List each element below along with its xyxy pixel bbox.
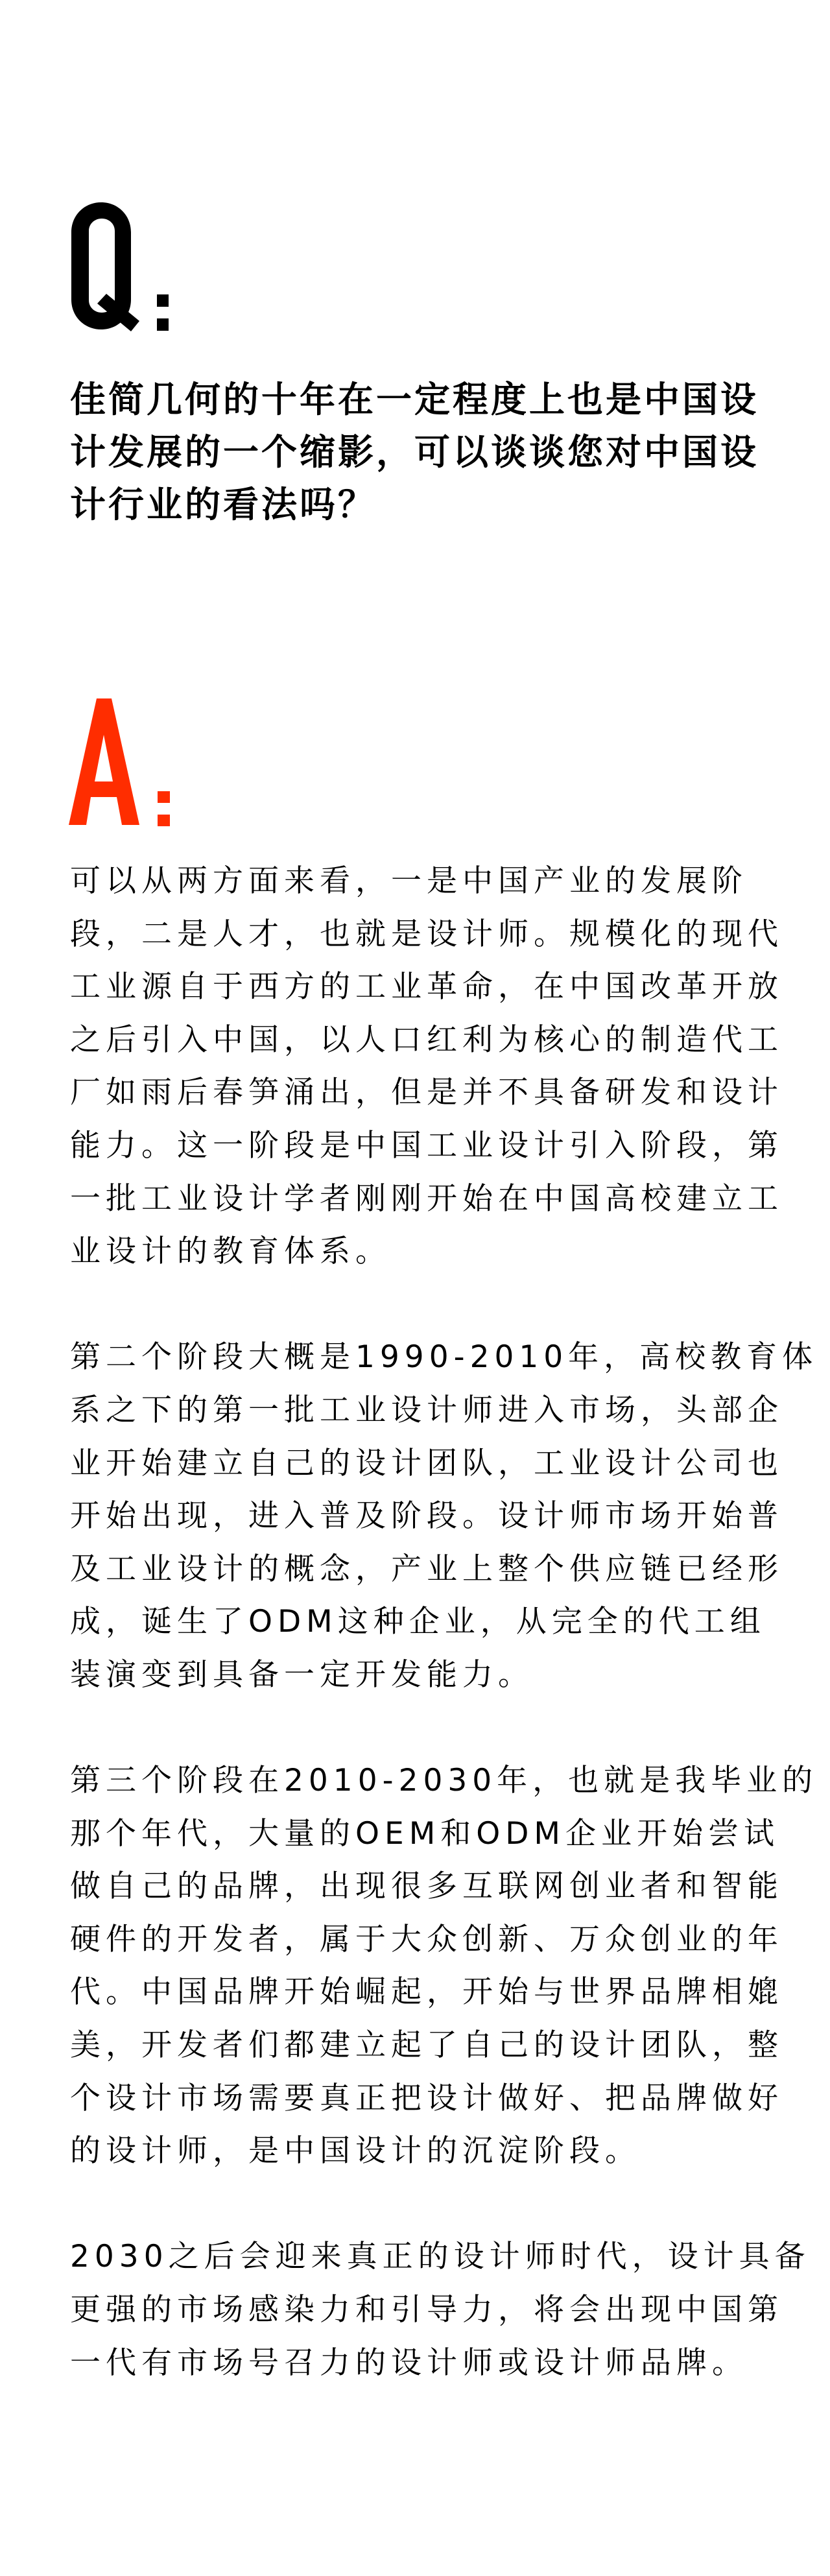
a-colon-bottom	[158, 815, 170, 826]
answer-text: 可以从两方面来看，一是中国产业的发展阶 段，二是人才，也就是设计师。规模化的现代…	[70, 855, 796, 2442]
a-colon-top	[158, 791, 170, 803]
answer-line: 段，二是人才，也就是设计师。规模化的现代	[70, 908, 796, 961]
answer-line: 一批工业设计学者刚刚开始在中国高校建立工	[70, 1173, 796, 1226]
answer-line: 工业源自于西方的工业革命，在中国改革开放	[70, 960, 796, 1014]
a-letter	[69, 698, 139, 825]
answer-line: 及工业设计的概念，产业上整个供应链已经形	[70, 1543, 796, 1596]
answer-line: 可以从两方面来看，一是中国产业的发展阶	[70, 855, 796, 908]
answer-paragraph-2: 第二个阶段大概是1990-2010年，高校教育体 系之下的第一批工业设计师进入市…	[70, 1331, 796, 1701]
answer-line: 代。中国品牌开始崛起，开始与世界品牌相媲	[70, 1966, 796, 2019]
answer-paragraph-3: 第三个阶段在2010-2030年，也就是我毕业的 那个年代，大量的OEM和ODM…	[70, 1754, 796, 2178]
answer-paragraph-1: 可以从两方面来看，一是中国产业的发展阶 段，二是人才，也就是设计师。规模化的现代…	[70, 855, 796, 1278]
answer-label-icon	[0, 0, 830, 843]
answer-line: 2030之后会迎来真正的设计师时代，设计具备	[70, 2230, 796, 2284]
answer-line: 装演变到具备一定开发能力。	[70, 1649, 796, 1702]
answer-line: 业开始建立自己的设计团队，工业设计公司也	[70, 1437, 796, 1490]
answer-line: 更强的市场感染力和引导力，将会出现中国第	[70, 2284, 796, 2337]
answer-line: 之后引入中国，以人口红利为核心的制造代工	[70, 1014, 796, 1067]
answer-line: 业设计的教育体系。	[70, 1225, 796, 1278]
answer-line: 第二个阶段大概是1990-2010年，高校教育体	[70, 1331, 796, 1384]
answer-line: 成，诞生了ODM这种企业，从完全的代工组	[70, 1595, 796, 1649]
answer-line: 做自己的品牌，出现很多互联网创业者和智能	[70, 1860, 796, 1913]
answer-line: 硬件的开发者，属于大众创新、万众创业的年	[70, 1913, 796, 1966]
answer-line: 那个年代，大量的OEM和ODM企业开始尝试	[70, 1807, 796, 1861]
answer-line: 开始出现，进入普及阶段。设计师市场开始普	[70, 1490, 796, 1543]
answer-line: 系之下的第一批工业设计师进入市场，头部企	[70, 1384, 796, 1437]
answer-line: 第三个阶段在2010-2030年，也就是我毕业的	[70, 1754, 796, 1807]
answer-line: 一代有市场号召力的设计师或设计师品牌。	[70, 2337, 796, 2390]
answer-paragraph-4: 2030之后会迎来真正的设计师时代，设计具备 更强的市场感染力和引导力，将会出现…	[70, 2230, 796, 2389]
answer-line: 美，开发者们都建立起了自己的设计团队，整	[70, 2019, 796, 2072]
answer-line: 的设计师，是中国设计的沉淀阶段。	[70, 2125, 796, 2178]
answer-line: 能力。这一阶段是中国工业设计引入阶段，第	[70, 1119, 796, 1173]
answer-line: 个设计市场需要真正把设计做好、把品牌做好	[70, 2072, 796, 2125]
answer-line: 厂如雨后春笋涌出，但是并不具备研发和设计	[70, 1066, 796, 1119]
